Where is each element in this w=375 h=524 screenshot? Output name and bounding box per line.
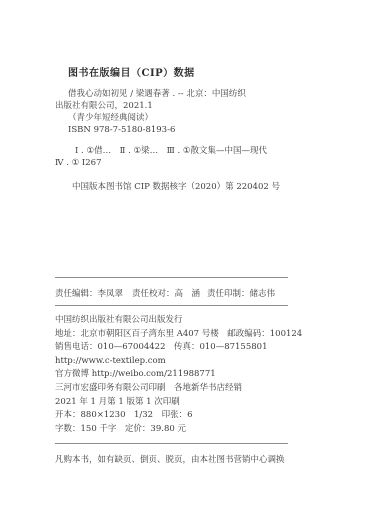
publication-info-block: 中国纺织出版社有限公司出版发行 地址：北京市朝阳区百子湾东里 A407 号楼 邮… (55, 314, 302, 436)
divider-middle (55, 305, 288, 306)
address-line: 地址：北京市朝阳区百子湾东里 A407 号楼 邮政编码：100124 (55, 328, 302, 342)
printer-line: 三河市宏盛印务有限公司印刷 各地新华书店经销 (55, 382, 302, 396)
price-line: 字数：150 千字 定价：39.80 元 (55, 423, 302, 437)
weibo-line: 官方微博 http://weibo.com/211988771 (55, 368, 302, 382)
format-line: 开本：880×1230 1/32 印张：6 (55, 409, 302, 423)
staff-proofreader: 责任校对：高 涵 (132, 287, 200, 299)
cip-classification-line: Ⅳ . ① I267 (55, 157, 267, 169)
cip-record-block: 借我心动如初见 / 梁遇春著 . -- 北京：中国纺织 出版社有限公司，2021… (55, 88, 246, 136)
cip-heading: 图书在版编目（CIP）数据 (68, 64, 195, 79)
website-link: http://www.c-textilep.com (55, 355, 302, 369)
staff-credits-row: 责任编辑：李凤翠 责任校对：高 涵 责任印制：储志伟 (0, 287, 375, 299)
exchange-notice: 凡购本书，如有缺页、倒页、脱页，由本社图书营销中心调换 (55, 453, 285, 465)
cip-classification-line: Ⅰ . ①借… Ⅱ . ①梁… Ⅲ . ①散文集—中国—现代 (55, 145, 267, 157)
cip-record-line: 借我心动如初见 / 梁遇春著 . -- 北京：中国纺织 (55, 88, 246, 100)
publisher-line: 中国纺织出版社有限公司出版发行 (55, 314, 302, 328)
divider-top (55, 277, 288, 278)
cip-record-line: 出版社有限公司，2021.1 (55, 100, 246, 112)
book-copyright-page: 图书在版编目（CIP）数据 借我心动如初见 / 梁遇春著 . -- 北京：中国纺… (0, 0, 375, 524)
edition-line: 2021 年 1 月第 1 版第 1 次印刷 (55, 396, 302, 410)
cip-isbn-line: ISBN 978-7-5180-8193-6 (55, 124, 246, 136)
staff-print-supervisor: 责任印制：储志伟 (207, 287, 275, 299)
cip-series-line: （青少年短经典阅读） (55, 112, 246, 124)
staff-editor: 责任编辑：李凤翠 (55, 287, 123, 299)
divider-bottom (55, 443, 288, 444)
phone-line: 销售电话：010—67004422 传真：010—87155801 (55, 341, 302, 355)
cip-classification-block: Ⅰ . ①借… Ⅱ . ①梁… Ⅲ . ①散文集—中国—现代 Ⅳ . ① I26… (55, 145, 267, 169)
cip-registry-line: 中国版本图书馆 CIP 数据核字（2020）第 220402 号 (72, 180, 280, 192)
